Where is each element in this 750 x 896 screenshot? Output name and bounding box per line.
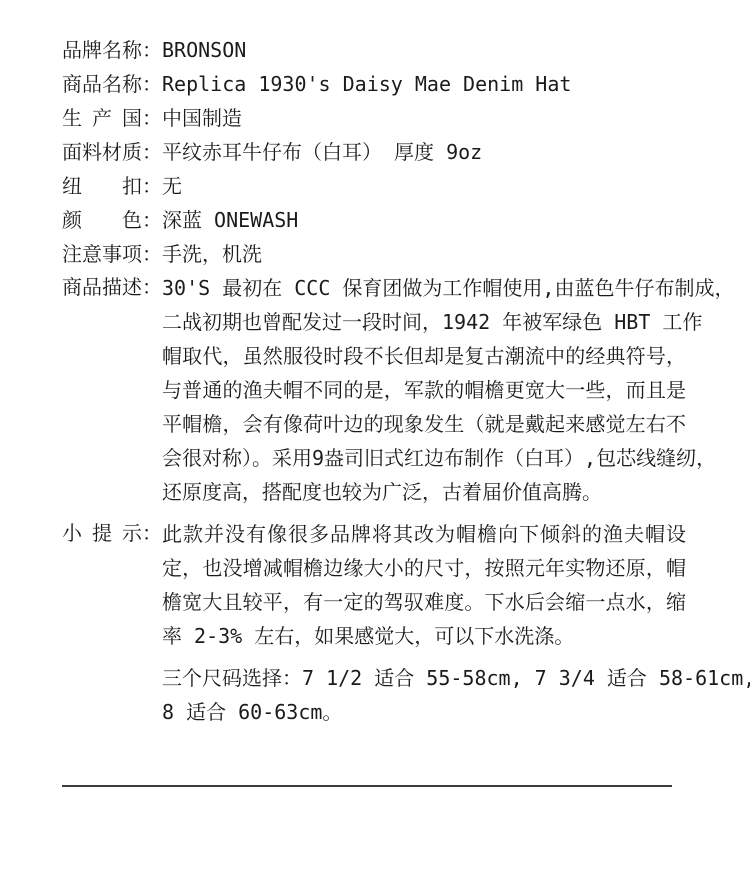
field-label: 纽扣: [62, 169, 142, 203]
field-value: Replica 1930's Daisy Mae Denim Hat: [162, 67, 686, 101]
label-colon: ：: [142, 517, 162, 546]
field-label: 颜色: [62, 203, 142, 237]
field-row: 纽扣：无: [62, 169, 686, 203]
paragraph-line: 还原度高，搭配度也较为广泛，古着届价值高腾。: [162, 475, 686, 509]
field-value: 中国制造: [162, 101, 686, 135]
paragraph-line: 与普通的渔夫帽不同的是，军款的帽檐更宽大一些，而且是: [162, 373, 686, 407]
field-rows: 品牌名称：BRONSON 商品名称：Replica 1930's Daisy M…: [62, 33, 686, 271]
description-section: 商品描述： 30'S 最初在 CCC 保育团做为工作帽使用,由蓝色牛仔布制成，二…: [62, 271, 686, 509]
field-value: 平纹赤耳牛仔布（白耳） 厚度 9oz: [162, 135, 686, 169]
field-label: 注意事项: [62, 237, 142, 271]
description-paragraph: 30'S 最初在 CCC 保育团做为工作帽使用,由蓝色牛仔布制成，二战初期也曾配…: [162, 271, 686, 509]
paragraph-line: 8 适合 60-63cm。: [162, 695, 686, 729]
label-colon: ：: [142, 67, 162, 101]
label-colon: ：: [142, 237, 162, 271]
field-row: 注意事项：手洗，机洗: [62, 237, 686, 271]
label-colon: ：: [142, 203, 162, 237]
field-value: 手洗，机洗: [162, 237, 686, 271]
label-colon: ：: [142, 101, 162, 135]
paragraph-line: 30'S 最初在 CCC 保育团做为工作帽使用,由蓝色牛仔布制成，: [162, 271, 686, 305]
tips-paragraph: 此款并没有像很多品牌将其改为帽檐向下倾斜的渔夫帽设定，也没增减帽檐边缘大小的尺寸…: [162, 517, 686, 653]
field-row: 生产国：中国制造: [62, 101, 686, 135]
field-value: 深蓝 ONEWASH: [162, 203, 686, 237]
field-label: 商品名称: [62, 67, 142, 101]
field-row: 颜色：深蓝 ONEWASH: [62, 203, 686, 237]
label-colon: ：: [142, 135, 162, 169]
paragraph-line: 会很对称）。采用9盎司旧式红边布制作（白耳）,包芯线缝纫，: [162, 441, 686, 475]
tips-section: 小提示： 此款并没有像很多品牌将其改为帽檐向下倾斜的渔夫帽设定，也没增减帽檐边缘…: [62, 517, 686, 653]
paragraph-line: 此款并没有像很多品牌将其改为帽檐向下倾斜的渔夫帽设: [162, 517, 686, 551]
label-colon: ：: [142, 271, 162, 300]
paragraph-line: 二战初期也曾配发过一段时间，1942 年被军绿色 HBT 工作: [162, 305, 686, 339]
paragraph-line: 率 2-3% 左右，如果感觉大，可以下水洗涤。: [162, 619, 686, 653]
field-label: 商品描述: [62, 271, 142, 300]
field-row: 面料材质：平纹赤耳牛仔布（白耳） 厚度 9oz: [62, 135, 686, 169]
paragraph-line: 帽取代，虽然服役时段不长但却是复古潮流中的经典符号，: [162, 339, 686, 373]
paragraph-line: 檐宽大且较平，有一定的驾驭难度。下水后会缩一点水，缩: [162, 585, 686, 619]
label-colon: ：: [142, 33, 162, 67]
field-label: 小提示: [62, 517, 142, 546]
divider-line: [62, 785, 672, 787]
field-label: 面料材质: [62, 135, 142, 169]
field-value: BRONSON: [162, 33, 686, 67]
sizes-paragraph: 三个尺码选择：7 1/2 适合 55-58cm, 7 3/4 适合 58-61c…: [162, 661, 686, 729]
product-description-sheet: 品牌名称：BRONSON 商品名称：Replica 1930's Daisy M…: [0, 0, 750, 787]
paragraph-line: 平帽檐，会有像荷叶边的现象发生（就是戴起来感觉左右不: [162, 407, 686, 441]
paragraph-line: 三个尺码选择：7 1/2 适合 55-58cm, 7 3/4 适合 58-61c…: [162, 661, 686, 695]
paragraph-line: 定，也没增减帽檐边缘大小的尺寸，按照元年实物还原，帽: [162, 551, 686, 585]
field-row: 商品名称：Replica 1930's Daisy Mae Denim Hat: [62, 67, 686, 101]
field-label: 品牌名称: [62, 33, 142, 67]
field-row: 品牌名称：BRONSON: [62, 33, 686, 67]
label-colon: ：: [142, 169, 162, 203]
field-label: 生产国: [62, 101, 142, 135]
field-value: 无: [162, 169, 686, 203]
